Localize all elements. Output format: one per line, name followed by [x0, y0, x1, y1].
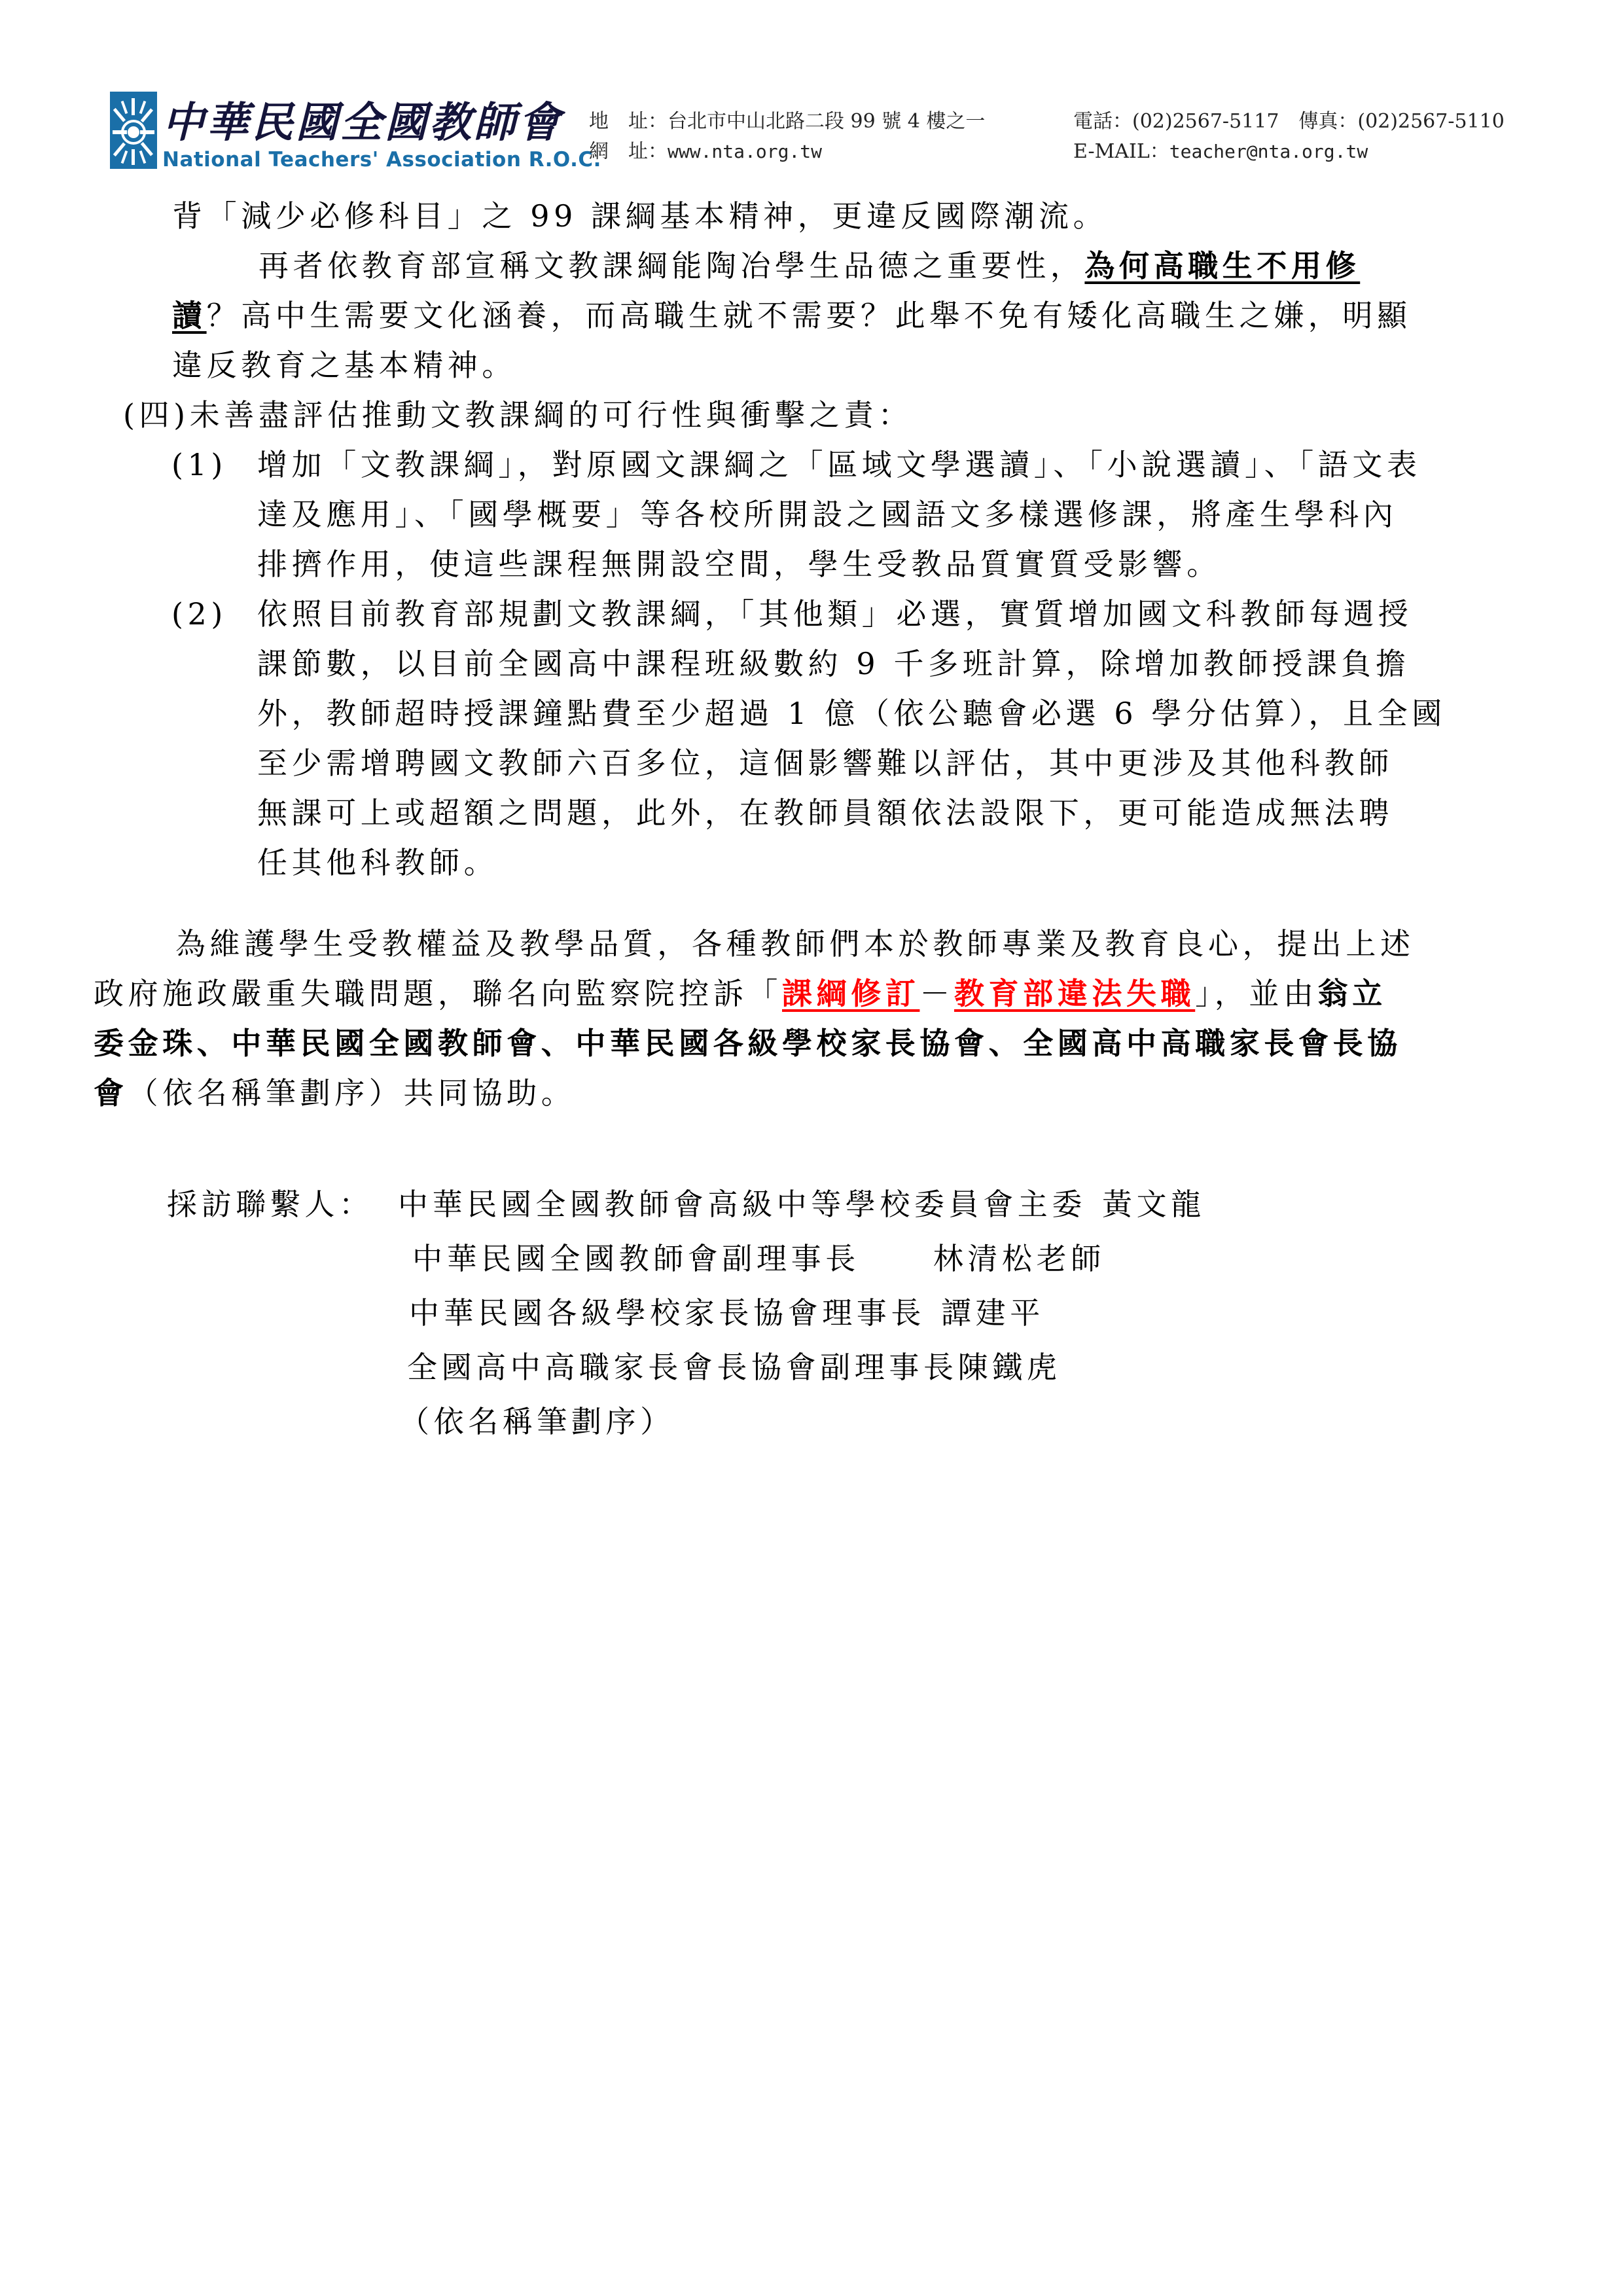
text-run: 政府施政嚴重失職問題，聯名向監察院控訴「	[94, 976, 782, 1011]
address-value: 台北市中山北路二段 99 號 4 樓之一	[668, 110, 985, 133]
fax-label: 傳真：	[1298, 110, 1357, 133]
conclusion-line: 會（依名稱筆劃序）共同協助。	[94, 1073, 575, 1113]
text-run: 」，並由	[1195, 976, 1317, 1011]
email-line: E-MAIL：teacher@nta.org.tw	[1073, 140, 1368, 164]
text-run: 再者依教育部宣稱文教課綱能陶冶學生品德之重要性，	[259, 248, 1084, 283]
contact-title: 中華民國全國教師會高級中等學校委員會主委	[398, 1187, 1086, 1222]
contact-title: 中華民國全國教師會副理事長	[412, 1241, 860, 1276]
contact-label: 採訪聯繫人：	[167, 1185, 374, 1224]
phone-label: 電話：	[1073, 110, 1132, 133]
list-item-line: 任其他科教師。	[257, 843, 498, 882]
list-item-line: 至少需增聘國文教師六百多位，這個影響難以評估，其中更涉及其他科教師	[257, 744, 1393, 783]
logo-title-en: National Teachers' Association R.O.C.	[162, 148, 601, 171]
list-item-line: 達及應用」、「國學概要」等各校所開設之國語文多樣選修課，將產生學科內	[257, 495, 1397, 534]
paragraph-line: 違反教育之基本精神。	[172, 346, 516, 385]
complaint-title-part2: 教育部違法失職	[954, 976, 1195, 1011]
section-heading: (四)未善盡評估推動文教課綱的可行性與衝擊之責：	[123, 395, 912, 435]
conclusion-line: 為維護學生受教權益及教學品質，各種教師們本於教師專業及教育良心，提出上述	[175, 924, 1415, 963]
contact-entry: 中華民國全國教師會高級中等學校委員會主委黃文龍	[398, 1185, 1205, 1224]
text-run: （依名稱筆劃序）共同協助。	[128, 1075, 576, 1111]
dash: －	[919, 976, 954, 1011]
list-item-marker: (2)	[171, 594, 227, 634]
website-label: 網 址：	[589, 140, 668, 163]
paragraph-line: 讀？高中生需要文化涵養，而高職生就不需要？此舉不免有矮化高職生之嫌，明顯	[172, 296, 1412, 335]
list-item-line: 依照目前教育部規劃文教課綱，「其他類」必選，實質增加國文科教師每週授	[257, 594, 1412, 634]
emphasis-question: 為何高職生不用修	[1084, 248, 1360, 283]
conclusion-line: 政府施政嚴重失職問題，聯名向監察院控訴「課綱修訂－教育部違法失職」，並由翁立	[94, 974, 1387, 1013]
list-item-line: 排擠作用，使這些課程無開設空間，學生受教品質實質受影響。	[257, 545, 1221, 584]
contact-entry: 中華民國各級學校家長協會理事長譚建平	[409, 1293, 1044, 1333]
paragraph-line: 背「減少必修科目」之 99 課綱基本精神，更違反國際潮流。	[172, 196, 1107, 236]
address-line: 地 址：台北市中山北路二段 99 號 4 樓之一	[589, 110, 985, 134]
list-item-line: 無課可上或超額之問題，此外，在教師員額依法設限下，更可能造成無法聘	[257, 793, 1393, 833]
phone-value: (02)2567-5117	[1132, 110, 1279, 133]
contact-name: 林清松老師	[933, 1241, 1105, 1276]
website-link[interactable]: www.nta.org.tw	[668, 141, 822, 162]
contact-name: 陳鐵虎	[958, 1350, 1061, 1385]
text-run: ？高中生需要文化涵養，而高職生就不需要？此舉不免有矮化高職生之嫌，明顯	[207, 298, 1412, 333]
logo-title-zh: 中華民國全國教師會	[162, 97, 563, 149]
paragraph-line: 再者依教育部宣稱文教課綱能陶冶學生品德之重要性，為何高職生不用修	[259, 246, 1360, 285]
phone-fax-line: 電話：(02)2567-5117傳真：(02)2567-5110	[1073, 110, 1505, 134]
contact-entry: 中華民國全國教師會副理事長林清松老師	[412, 1239, 1105, 1278]
nta-sun-emblem-icon	[110, 92, 157, 169]
emphasis-question: 讀	[172, 298, 207, 333]
supporter-name: 會	[94, 1075, 128, 1111]
contact-entry: 全國高中高職家長會長協會副理事長陳鐵虎	[407, 1348, 1061, 1387]
list-item-line: 外，教師超時授課鐘點費至少超過 1 億（依公聽會必選 6 學分估算），且全國	[257, 694, 1446, 733]
fax-value: (02)2567-5110	[1357, 110, 1504, 133]
list-item-line: 課節數，以目前全國高中課程班級數約 9 千多班計算，除增加教師授課負擔	[257, 644, 1410, 683]
complaint-title-part1: 課綱修訂	[782, 976, 919, 1011]
address-label: 地 址：	[589, 110, 668, 133]
list-item-line: 增加「文教課綱」，對原國文課綱之「區域文學選讀」、「小說選讀」、「語文表	[257, 445, 1421, 484]
email-link[interactable]: teacher@nta.org.tw	[1169, 141, 1368, 162]
supporters-line: 委金珠、中華民國全國教師會、中華民國各級學校家長協會、全國高中高職家長會長協	[94, 1024, 1402, 1063]
contact-title: 中華民國各級學校家長協會理事長	[409, 1295, 925, 1331]
website-line: 網 址：www.nta.org.tw	[589, 140, 822, 164]
contact-title: 全國高中高職家長會長協會副理事長	[407, 1350, 958, 1385]
list-item-marker: (1)	[171, 445, 227, 484]
email-label: E-MAIL：	[1073, 140, 1169, 163]
contact-note: （依名稱筆劃序）	[399, 1402, 675, 1441]
contact-name: 譚建平	[941, 1295, 1044, 1331]
supporter-name: 翁立	[1318, 976, 1387, 1011]
contact-name: 黃文龍	[1102, 1187, 1205, 1222]
